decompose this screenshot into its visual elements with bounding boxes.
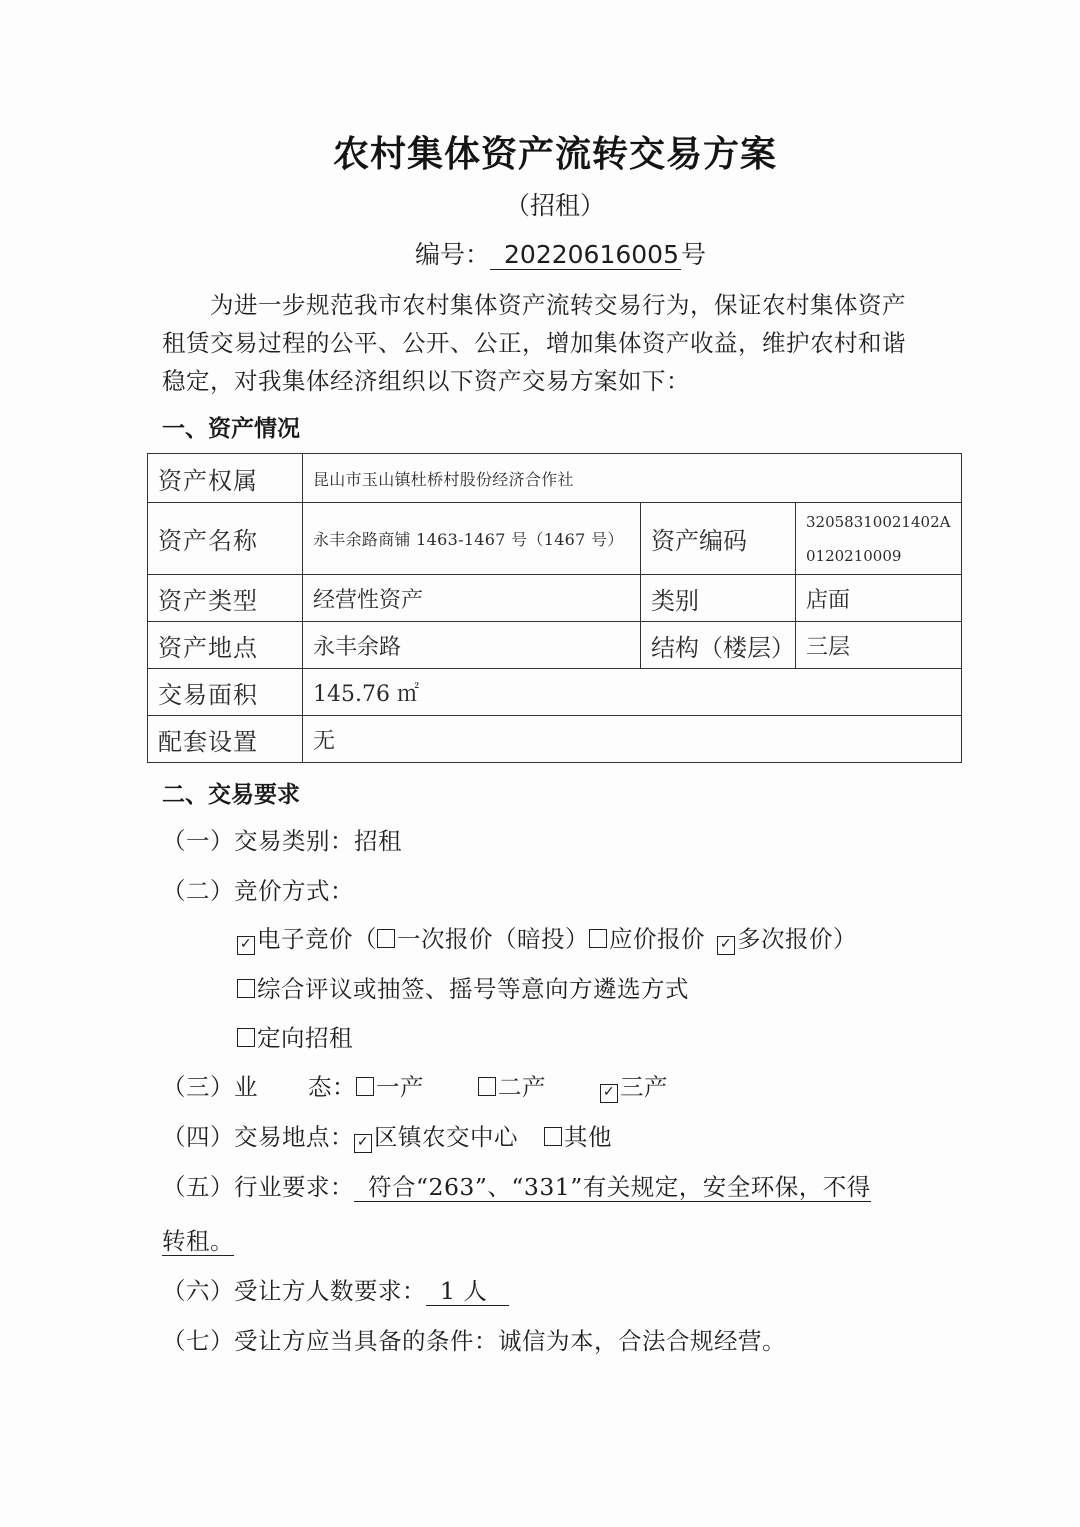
item-1: （一）交易类别：招租	[162, 822, 402, 856]
checkbox-multiple-bids[interactable]: ✓	[717, 936, 735, 955]
checkbox-electronic-bidding[interactable]: ✓	[237, 936, 255, 955]
document-subtitle: （招租）	[0, 186, 1080, 222]
location-label: 资产地点	[148, 622, 303, 669]
document-number-suffix: 号	[681, 240, 706, 269]
table-row-name: 资产名称 永丰余路商铺 1463-1467 号（1467 号） 资产编码 320…	[148, 503, 962, 575]
table-row-area: 交易面积 145.76 ㎡	[148, 669, 962, 716]
document-number-value: 20220616005	[490, 241, 681, 270]
asset-table: 资产权属 昆山市玉山镇杜桥村股份经济合作社 资产名称 永丰余路商铺 1463-1…	[147, 453, 962, 763]
checkbox-secondary-industry[interactable]	[478, 1077, 496, 1096]
section-2-heading: 二、交易要求	[162, 776, 300, 809]
item-6: （六）受让方人数要求：1 人	[162, 1272, 509, 1306]
name-label: 资产名称	[148, 503, 303, 575]
option-primary-industry-label: 一产	[376, 1073, 424, 1101]
category-label: 类别	[641, 575, 796, 622]
item-5-label: （五）行业要求：	[162, 1173, 354, 1201]
checkbox-response-bid[interactable]	[589, 929, 607, 948]
code-value: 32058310021402A 0120210009	[796, 503, 962, 575]
checkbox-directed-lease[interactable]	[237, 1028, 255, 1047]
ownership-label: 资产权属	[148, 454, 303, 503]
intro-line-1: 为进一步规范我市农村集体资产流转交易行为，保证农村集体资产	[210, 286, 906, 324]
location-value: 永丰余路	[303, 622, 641, 669]
bidding-options-line-3: 定向招租	[237, 1019, 353, 1053]
type-label: 资产类型	[148, 575, 303, 622]
area-label: 交易面积	[148, 669, 303, 716]
section-1-heading: 一、资产情况	[162, 410, 300, 443]
item-4-label: （四）交易地点：	[162, 1123, 354, 1151]
document-title: 农村集体资产流转交易方案	[0, 126, 1080, 177]
option-town-center-label: 区镇农交中心	[374, 1123, 518, 1151]
code-label: 资产编码	[641, 503, 796, 575]
item-6-label: （六）受让方人数要求：	[162, 1277, 426, 1305]
bidding-options-line-2: 综合评议或抽签、摇号等意向方遴选方式	[237, 970, 689, 1004]
item-1-value: 招租	[354, 827, 402, 855]
facilities-label: 配套设置	[148, 716, 303, 763]
structure-value: 三层	[796, 622, 962, 669]
item-5: （五）行业要求：符合“263”、“331”有关规定，安全环保，不得	[162, 1168, 871, 1202]
document-number-label: 编号：	[415, 240, 490, 269]
structure-label: 结构（楼层）	[641, 622, 796, 669]
checkbox-other-location[interactable]	[544, 1127, 562, 1146]
item-4: （四）交易地点：✓区镇农交中心其他	[162, 1118, 612, 1153]
checkbox-single-bid[interactable]	[377, 929, 395, 948]
item-5-value-line-1: 符合“263”、“331”有关规定，安全环保，不得	[354, 1173, 871, 1202]
item-7-label: （七）受让方应当具备的条件：	[162, 1327, 498, 1355]
item-3-label-a: （三）业	[162, 1073, 258, 1101]
document-number: 编号：20220616005号	[415, 235, 706, 271]
option-directed-lease-label: 定向招租	[257, 1024, 353, 1052]
option-tertiary-industry-label: 三产	[620, 1073, 668, 1101]
code-value-line-1: 32058310021402A	[806, 505, 951, 539]
facilities-value: 无	[303, 716, 962, 763]
bidding-options-line-1: ✓电子竞价（一次报价（暗投）应价报价✓多次报价）	[237, 920, 857, 955]
ownership-value: 昆山市玉山镇杜桥村股份经济合作社	[303, 454, 962, 503]
item-2-label: （二）竞价方式：	[162, 872, 354, 906]
checkbox-tertiary-industry[interactable]: ✓	[600, 1084, 618, 1103]
option-response-bid-label: 应价报价	[609, 925, 705, 953]
table-row-ownership: 资产权属 昆山市玉山镇杜桥村股份经济合作社	[148, 454, 962, 503]
code-value-line-2: 0120210009	[806, 539, 951, 573]
table-row-location: 资产地点 永丰余路 结构（楼层） 三层	[148, 622, 962, 669]
checkbox-comprehensive-selection[interactable]	[237, 979, 255, 998]
intro-line-3: 稳定，对我集体经济组织以下资产交易方案如下：	[162, 362, 690, 400]
item-3-label-b: 态：	[308, 1073, 356, 1101]
option-comprehensive-selection-label: 综合评议或抽签、摇号等意向方遴选方式	[257, 975, 689, 1003]
option-multiple-bids-label: 多次报价）	[737, 925, 857, 953]
option-single-bid-label: 一次报价（暗投）	[397, 925, 589, 953]
item-5-value-line-2: 转租。	[162, 1227, 234, 1256]
item-6-value: 1 人	[426, 1277, 509, 1306]
option-electronic-bidding-label: 电子竞价（	[257, 925, 377, 953]
table-row-type: 资产类型 经营性资产 类别 店面	[148, 575, 962, 622]
area-value: 145.76 ㎡	[303, 669, 962, 716]
item-1-label: （一）交易类别：	[162, 827, 354, 855]
item-7: （七）受让方应当具备的条件：诚信为本，合法合规经营。	[162, 1322, 786, 1356]
item-3: （三）业态：一产二产✓三产	[162, 1068, 668, 1103]
item-7-value: 诚信为本，合法合规经营。	[498, 1327, 786, 1355]
checkbox-town-center[interactable]: ✓	[354, 1134, 372, 1153]
option-other-location-label: 其他	[564, 1123, 612, 1151]
table-row-facilities: 配套设置 无	[148, 716, 962, 763]
type-value: 经营性资产	[303, 575, 641, 622]
category-value: 店面	[796, 575, 962, 622]
name-value: 永丰余路商铺 1463-1467 号（1467 号）	[303, 503, 641, 575]
option-secondary-industry-label: 二产	[498, 1073, 546, 1101]
item-5-continued: 转租。	[162, 1222, 234, 1256]
checkbox-primary-industry[interactable]	[356, 1077, 374, 1096]
intro-line-2: 租赁交易过程的公平、公开、公正，增加集体资产收益，维护农村和谐	[162, 324, 906, 362]
